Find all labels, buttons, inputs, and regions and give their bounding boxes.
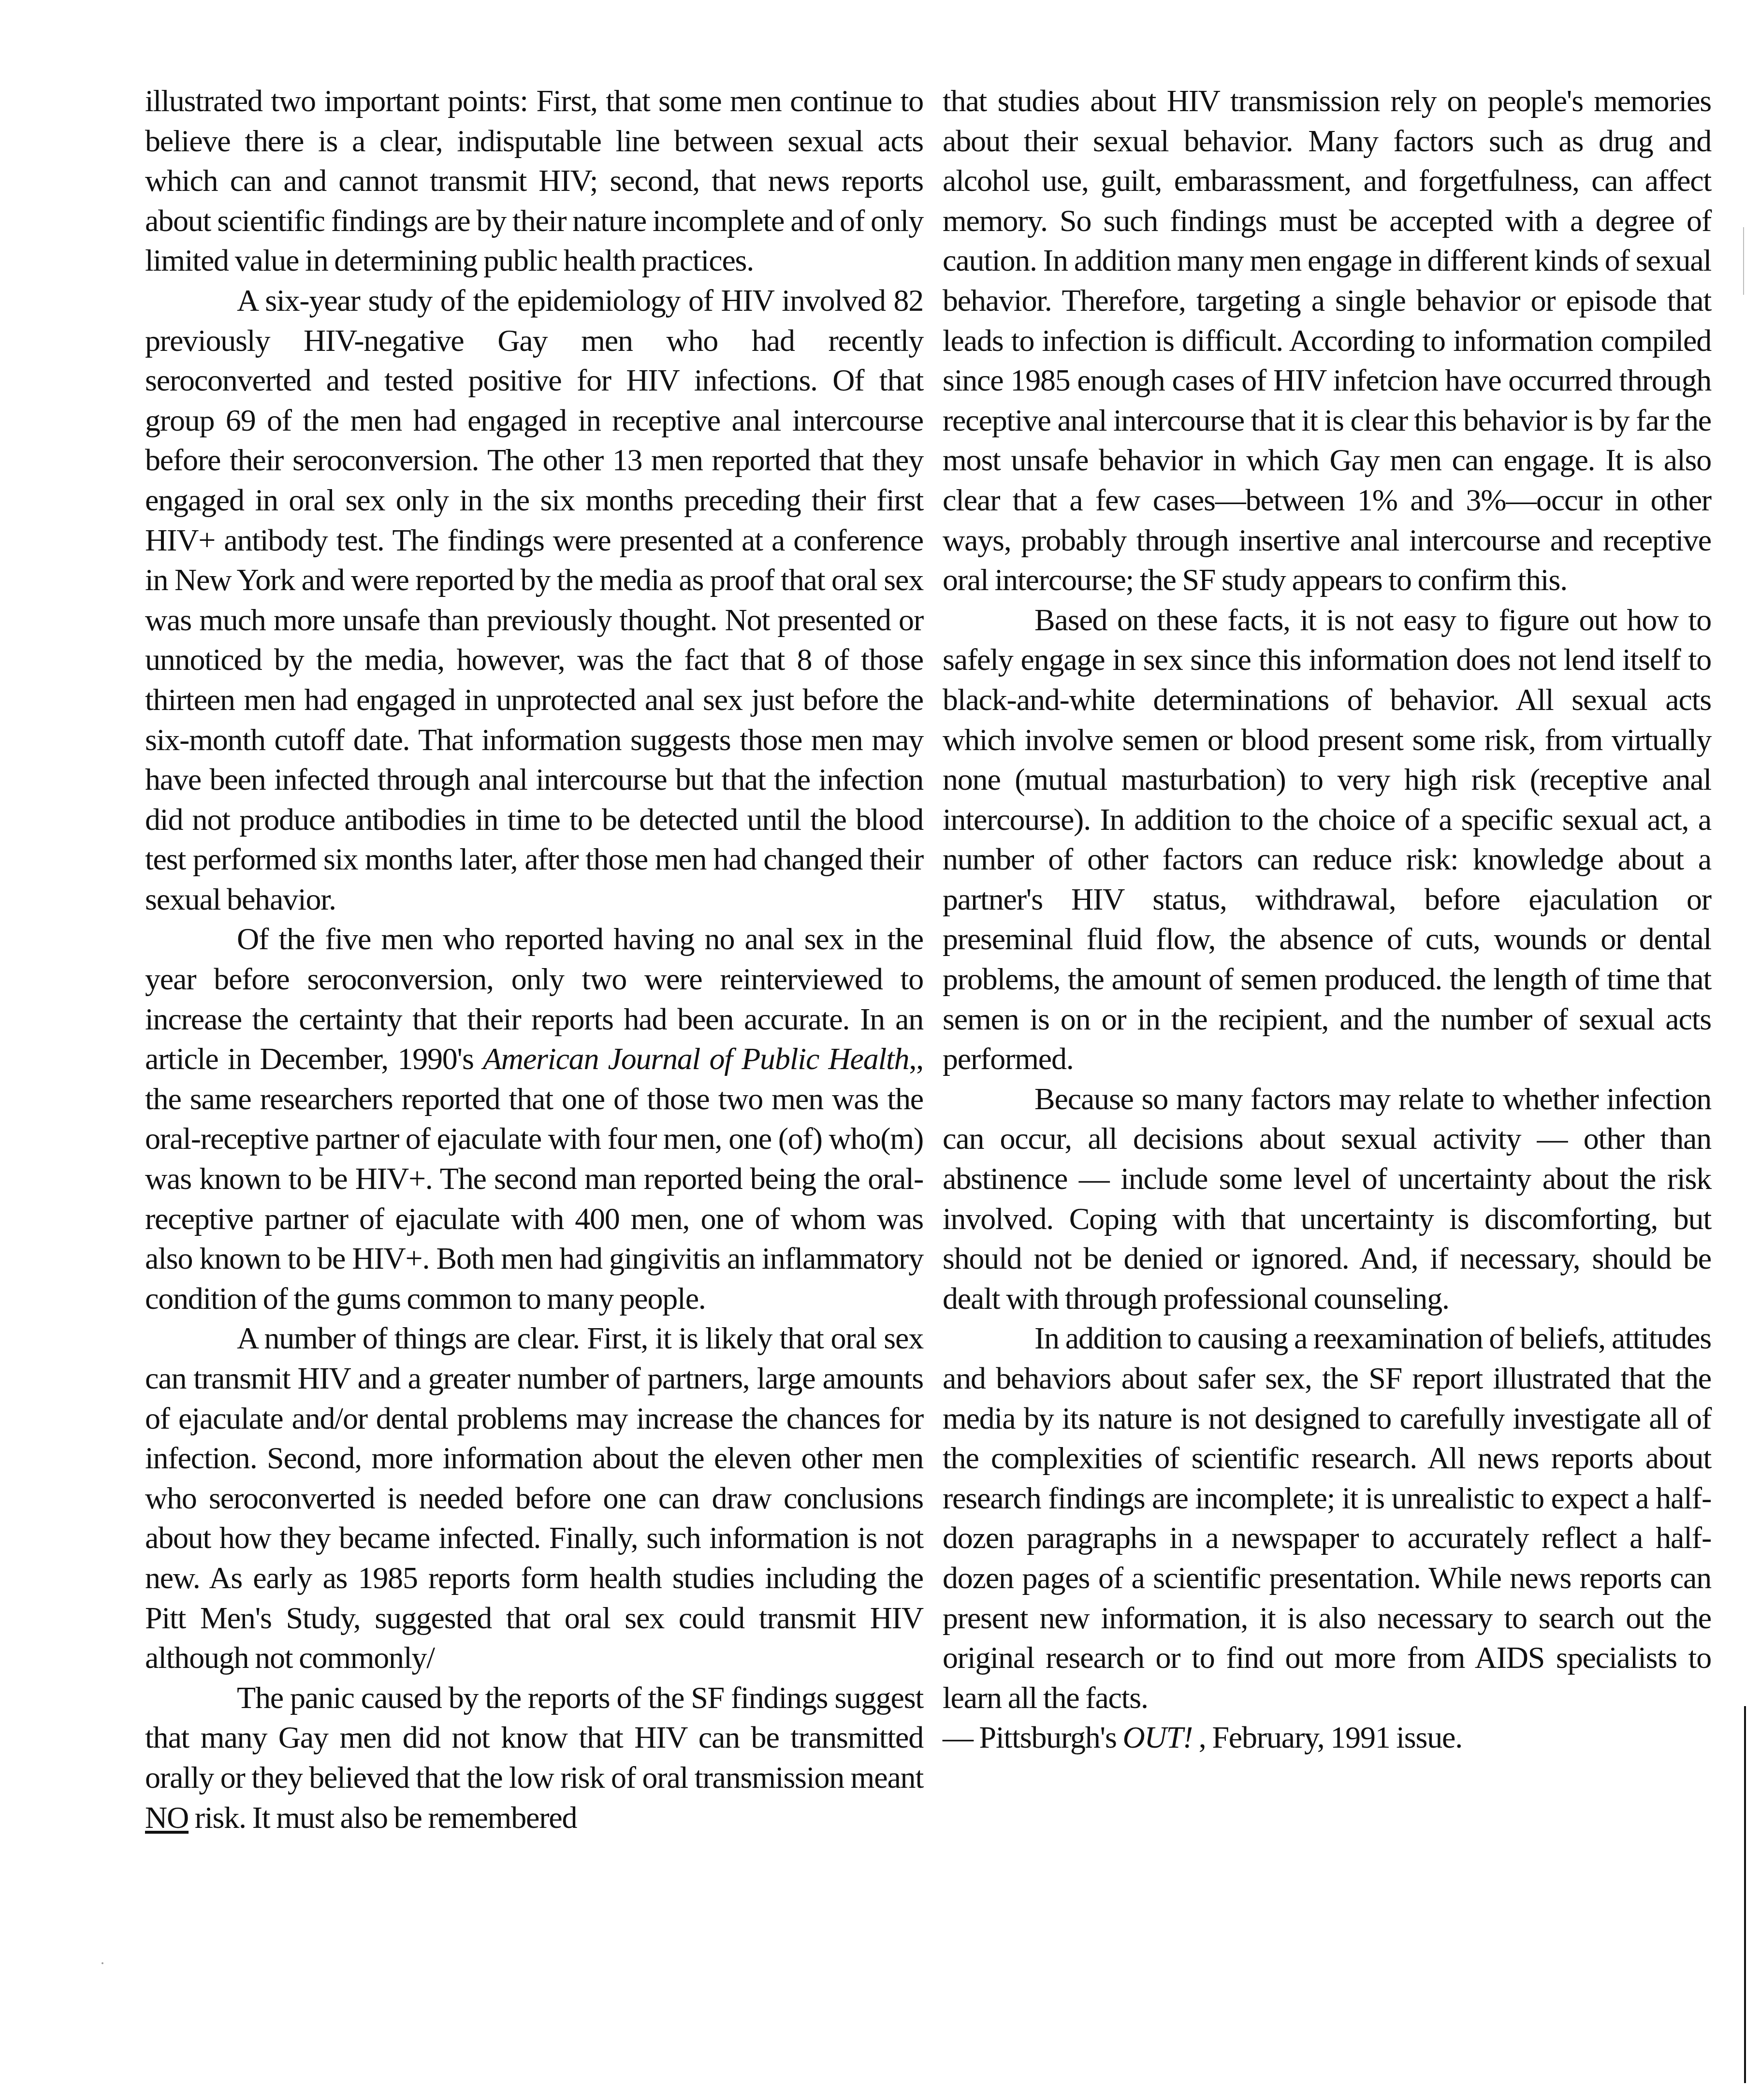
right-edge-mark <box>1743 227 1744 295</box>
scan-speck <box>102 1962 103 1964</box>
paragraph-6: that studies about HIV transmission rely… <box>943 81 1711 600</box>
right-column: that studies about HIV transmission rely… <box>943 81 1711 1758</box>
paragraph-1: illustrated two important points: First,… <box>145 81 923 281</box>
underlined-no: NO <box>145 1800 189 1835</box>
paragraph-7: Based on these facts, it is not easy to … <box>943 600 1711 1079</box>
publication-name: OUT! <box>1122 1720 1193 1754</box>
attribution: — Pittsburgh's OUT! , February, 1991 iss… <box>943 1718 1711 1758</box>
paragraph-5-text-after: risk. It must also be remembered <box>189 1800 577 1835</box>
left-column: illustrated two important points: First,… <box>145 81 923 1838</box>
attribution-prefix: — Pittsburgh's <box>943 1720 1122 1754</box>
paragraph-8: Because so many factors may relate to wh… <box>943 1079 1711 1319</box>
document-page: illustrated two important points: First,… <box>0 0 1760 2100</box>
right-edge-rule <box>1744 1706 1746 2083</box>
paragraph-2: A six-year study of the epidemiology of … <box>145 281 923 920</box>
paragraph-4: A number of things are clear. First, it … <box>145 1318 923 1678</box>
paragraph-5-text-before: The panic caused by the reports of the S… <box>145 1680 923 1795</box>
paragraph-3: Of the five men who reported having no a… <box>145 919 923 1318</box>
journal-title: American Journal of Public Health <box>483 1042 909 1076</box>
paragraph-3-text-after: ,, the same researchers reported that on… <box>145 1042 923 1316</box>
paragraph-9: In addition to causing a reexamination o… <box>943 1318 1711 1718</box>
paragraph-5: The panic caused by the reports of the S… <box>145 1678 923 1838</box>
attribution-suffix: , February, 1991 issue. <box>1193 1720 1462 1754</box>
